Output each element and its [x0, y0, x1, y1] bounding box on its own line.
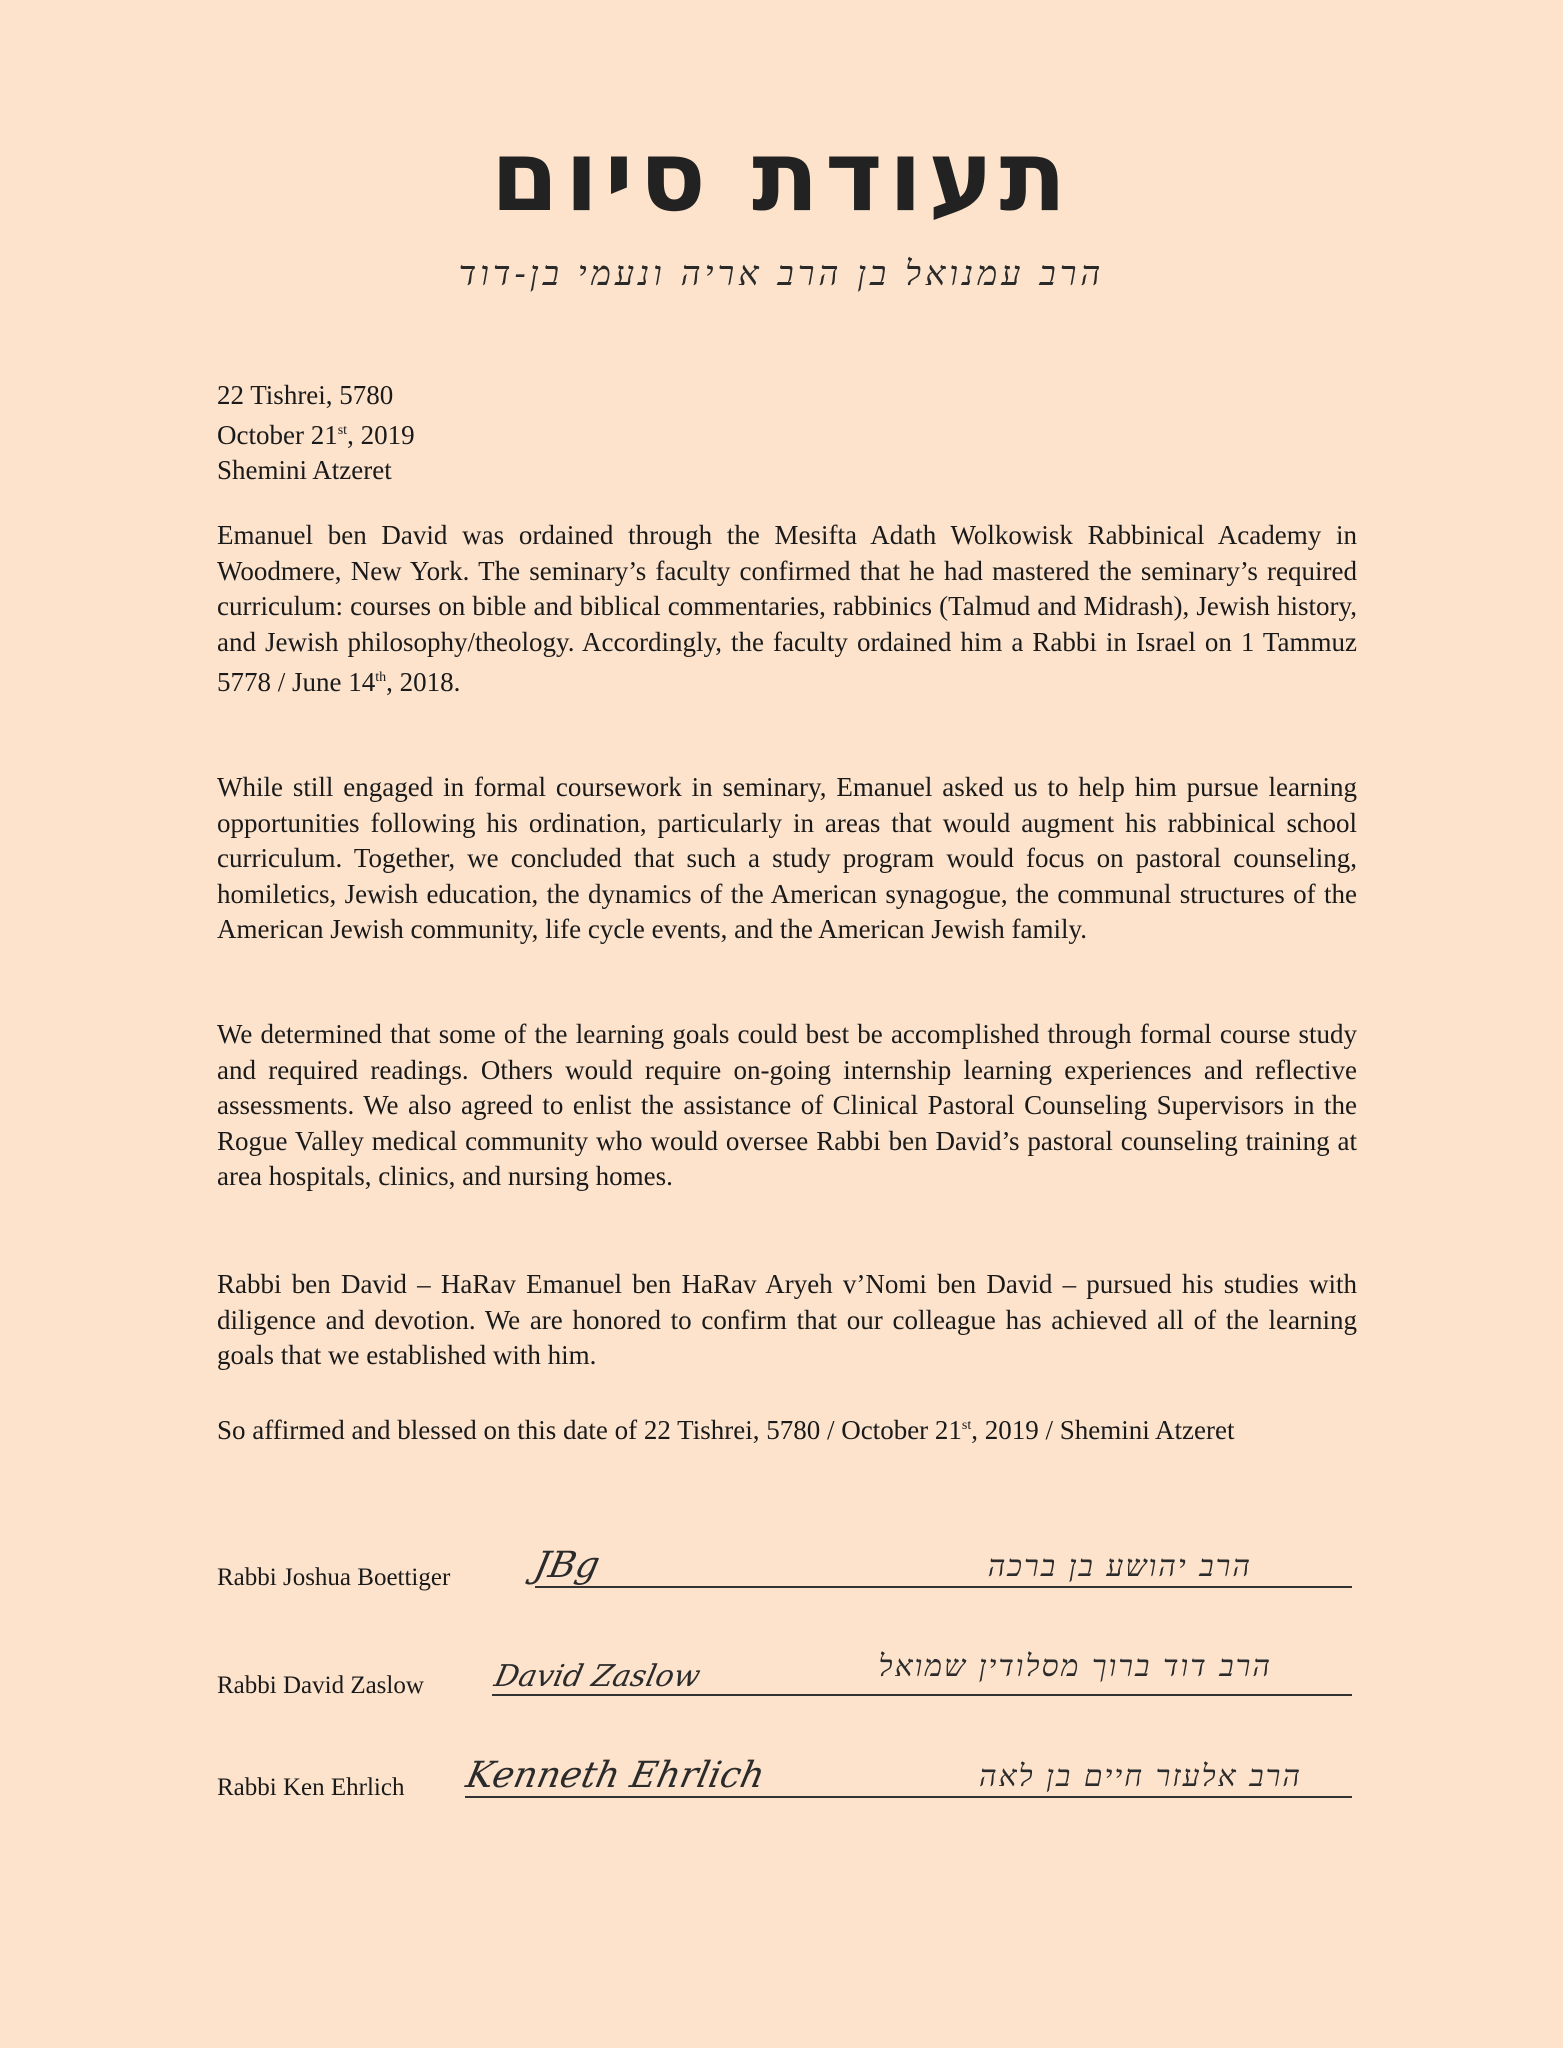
hebrew-subtitle: הרב עמנואל בן הרב אריה ונעמי בן-דוד — [0, 254, 1563, 294]
handwritten-hebrew-name: הרב אלעזר חיים בן לאה — [979, 1759, 1302, 1794]
handwritten-signature: JBg — [531, 1545, 604, 1586]
holiday-name: Shemini Atzeret — [217, 453, 415, 488]
signature-line — [535, 1586, 1352, 1588]
signature-row: Rabbi David Zaslow David Zaslow הרב דוד … — [217, 1620, 1352, 1700]
hebrew-title: תעודת סיום — [0, 128, 1563, 226]
handwritten-hebrew-name: הרב דוד ברוך מסלודין שמואל — [879, 1649, 1272, 1684]
paragraph-study-program: While still engaged in formal coursework… — [217, 770, 1357, 948]
signature-line — [492, 1694, 1352, 1696]
signer-name: Rabbi Joshua Boettiger — [217, 1564, 450, 1592]
paragraph-learning-goals: We determined that some of the learning … — [217, 1017, 1357, 1195]
certificate-header: תעודת סיום הרב עמנואל בן הרב אריה ונעמי … — [0, 128, 1563, 294]
paragraph-ordination: Emanuel ben David was ordained through t… — [217, 518, 1357, 701]
signature-row: Rabbi Ken Ehrlich Kenneth Ehrlich הרב אל… — [217, 1722, 1352, 1802]
handwritten-signature: Kenneth Ehrlich — [463, 1755, 769, 1796]
signature-line — [465, 1796, 1352, 1798]
certificate-page: תעודת סיום הרב עמנואל בן הרב אריה ונעמי … — [0, 0, 1563, 2048]
hebrew-date: 22 Tishrei, 5780 — [217, 378, 415, 413]
paragraph-affirmation: So affirmed and blessed on this date of … — [217, 1408, 1357, 1449]
handwritten-signature: David Zaslow — [491, 1659, 703, 1694]
paragraph-confirmation: Rabbi ben David – HaRav Emanuel ben HaRa… — [217, 1267, 1357, 1374]
signer-name: Rabbi David Zaslow — [217, 1672, 424, 1700]
gregorian-date: October 21st, 2019 — [217, 413, 415, 453]
signature-row: Rabbi Joshua Boettiger JBg הרב יהושע בן … — [217, 1512, 1352, 1592]
date-block: 22 Tishrei, 5780 October 21st, 2019 Shem… — [217, 378, 415, 488]
handwritten-hebrew-name: הרב יהושע בן ברכה — [988, 1549, 1252, 1584]
signer-name: Rabbi Ken Ehrlich — [217, 1774, 404, 1802]
